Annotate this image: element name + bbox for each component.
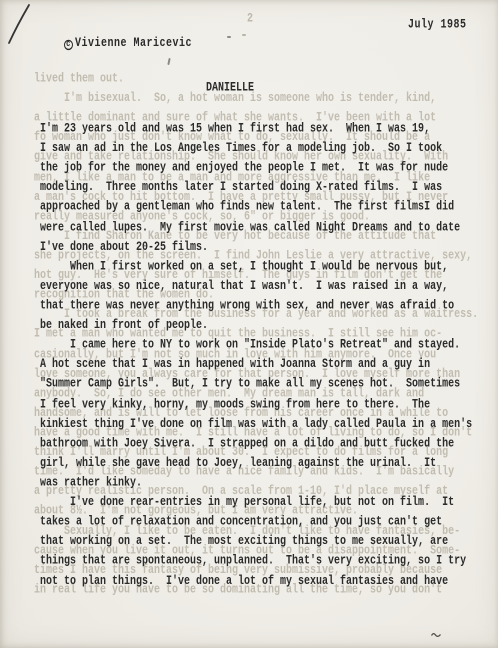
copyright-author-line: cVivienne Maricevic bbox=[38, 15, 192, 74]
typewritten-document-page: cVivienne Maricevic July 1985 2 DANIELLE… bbox=[0, 0, 498, 648]
author-name: Vivienne Maricevic bbox=[75, 37, 192, 51]
paper-speck bbox=[242, 34, 246, 36]
ink-squiggle-mark bbox=[431, 631, 442, 638]
handwritten-slash-mark bbox=[6, 2, 32, 46]
body-text: I'm 23 years old and was 15 when I first… bbox=[40, 120, 472, 591]
ghost-page-number: 2 bbox=[247, 10, 253, 30]
document-date: July 1985 bbox=[408, 16, 467, 36]
copyright-icon: c bbox=[64, 40, 73, 50]
paper-speck bbox=[227, 36, 231, 38]
